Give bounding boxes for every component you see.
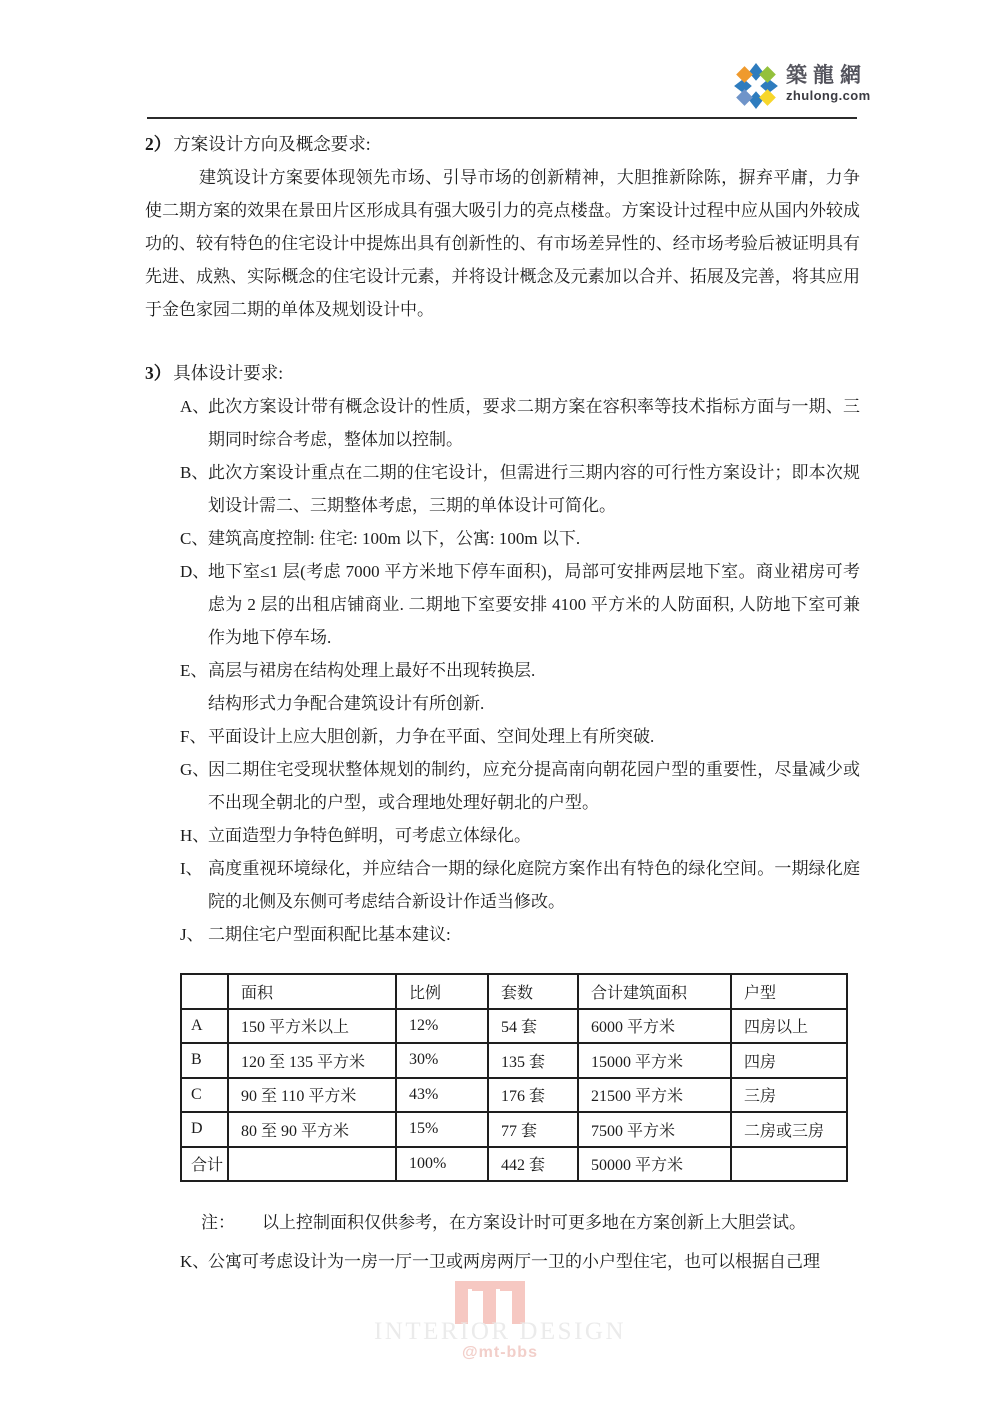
cell: 30% bbox=[396, 1043, 488, 1078]
table-note: 注：以上控制面积仅供参考，在方案设计时可更多地在方案创新上大胆尝试。 bbox=[201, 1206, 860, 1239]
item-text: 二期住宅户型面积配比基本建议: bbox=[208, 925, 451, 944]
item-text: 此次方案设计带有概念设计的性质，要求二期方案在容积率等技术指标方面与一期、三期同… bbox=[208, 397, 860, 449]
cell: 二房或三房 bbox=[731, 1112, 847, 1147]
cell: 135 套 bbox=[488, 1043, 578, 1078]
item-text: 高度重视环境绿化，并应结合一期的绿化庭院方案作出有特色的绿化空间。一期绿化庭院的… bbox=[208, 859, 860, 911]
item-text: 立面造型力争特色鲜明，可考虑立体绿化。 bbox=[208, 826, 531, 845]
cell: B bbox=[181, 1043, 228, 1078]
section-2-number: 2） bbox=[145, 134, 171, 154]
header-cell-ratio: 比例 bbox=[396, 974, 488, 1009]
document-body: 2）方案设计方向及概念要求: 建筑设计方案要体现领先市场、引导市场的创新精神，大… bbox=[145, 128, 860, 1278]
requirement-item-h: H、立面造型力争特色鲜明，可考虑立体绿化。 bbox=[180, 819, 860, 852]
cell: A bbox=[181, 1009, 228, 1044]
requirement-item-b: B、此次方案设计重点在二期的住宅设计，但需进行三期内容的可行性方案设计；即本次规… bbox=[180, 456, 860, 522]
cell: 80 至 90 平方米 bbox=[228, 1112, 396, 1147]
item-text: 建筑高度控制: 住宅: 100m 以下，公寓: 100m 以下. bbox=[208, 529, 580, 548]
watermark-subtitle: @mt-bbs bbox=[400, 1344, 600, 1362]
table-row: D 80 至 90 平方米 15% 77 套 7500 平方米 二房或三房 bbox=[181, 1112, 847, 1147]
requirement-item-d: D、地下室≤1 层(考虑 7000 平方米地下停车面积)，局部可安排两层地下室。… bbox=[180, 555, 860, 654]
header-cell-type: 户型 bbox=[731, 974, 847, 1009]
cell: 四房以上 bbox=[731, 1009, 847, 1044]
table-row: B 120 至 135 平方米 30% 135 套 15000 平方米 四房 bbox=[181, 1043, 847, 1078]
item-label: E、 bbox=[180, 654, 207, 687]
item-label: I、 bbox=[180, 852, 203, 885]
cell: 100% bbox=[396, 1147, 488, 1182]
logo-domain: zhulong.com bbox=[786, 88, 871, 103]
cell: 三房 bbox=[731, 1078, 847, 1113]
cell: D bbox=[181, 1112, 228, 1147]
header-cell bbox=[181, 974, 228, 1009]
table-total-row: 合计 100% 442 套 50000 平方米 bbox=[181, 1147, 847, 1182]
header-cell-area: 面积 bbox=[228, 974, 396, 1009]
item-text: 平面设计上应大胆创新，力争在平面、空间处理上有所突破. bbox=[208, 727, 654, 746]
section-3-title: 具体设计要求: bbox=[173, 363, 283, 383]
requirement-item-a: A、此次方案设计带有概念设计的性质，要求二期方案在容积率等技术指标方面与一期、三… bbox=[180, 390, 860, 456]
cell: 50000 平方米 bbox=[578, 1147, 731, 1182]
item-text: 公寓可考虑设计为一房一厅一卫或两房两厅一卫的小户型住宅，也可以根据自己理 bbox=[208, 1252, 820, 1271]
section-2-heading: 2）方案设计方向及概念要求: bbox=[145, 128, 860, 161]
note-label: 注： bbox=[201, 1213, 235, 1232]
cell bbox=[228, 1147, 396, 1182]
header-cell-units: 套数 bbox=[488, 974, 578, 1009]
item-label: J、 bbox=[180, 918, 204, 951]
item-label: K、 bbox=[180, 1245, 209, 1278]
item-label: D、 bbox=[180, 555, 209, 588]
requirement-item-i: I、高度重视环境绿化，并应结合一期的绿化庭院方案作出有特色的绿化空间。一期绿化庭… bbox=[180, 852, 860, 918]
item-text: 因二期住宅受现状整体规划的制约，应充分提高南向朝花园户型的重要性，尽量减少或不出… bbox=[208, 760, 860, 812]
cell: 7500 平方米 bbox=[578, 1112, 731, 1147]
requirement-item-f: F、平面设计上应大胆创新，力争在平面、空间处理上有所突破. bbox=[180, 720, 860, 753]
cell: 12% bbox=[396, 1009, 488, 1044]
requirement-item-g: G、因二期住宅受现状整体规划的制约，应充分提高南向朝花园户型的重要性，尽量减少或… bbox=[180, 753, 860, 819]
cell: 15000 平方米 bbox=[578, 1043, 731, 1078]
cell: 21500 平方米 bbox=[578, 1078, 731, 1113]
cell: 54 套 bbox=[488, 1009, 578, 1044]
item-label: B、 bbox=[180, 456, 208, 489]
requirement-item-k: K、公寓可考虑设计为一房一厅一卫或两房两厅一卫的小户型住宅，也可以根据自己理 bbox=[180, 1245, 860, 1278]
cell: 90 至 110 平方米 bbox=[228, 1078, 396, 1113]
item-label: G、 bbox=[180, 753, 209, 786]
item-label: C、 bbox=[180, 522, 208, 555]
section-3-number: 3） bbox=[145, 363, 171, 383]
section-2-paragraph: 建筑设计方案要体现领先市场、引导市场的创新精神，大胆推新除陈，摒弃平庸，力争使二… bbox=[145, 161, 860, 326]
logo-title: 築龍網 bbox=[786, 62, 871, 88]
table-row: C 90 至 110 平方米 43% 176 套 21500 平方米 三房 bbox=[181, 1078, 847, 1113]
item-text: 高层与裙房在结构处理上最好不出现转换层. 结构形式力争配合建筑设计有所创新. bbox=[208, 661, 535, 713]
requirement-item-c: C、建筑高度控制: 住宅: 100m 以下，公寓: 100m 以下. bbox=[180, 522, 860, 555]
item-label: H、 bbox=[180, 819, 209, 852]
cell: 15% bbox=[396, 1112, 488, 1147]
table-header-row: 面积 比例 套数 合计建筑面积 户型 bbox=[181, 974, 847, 1009]
requirement-item-j: J、二期住宅户型面积配比基本建议: bbox=[180, 918, 860, 951]
cell: 120 至 135 平方米 bbox=[228, 1043, 396, 1078]
cell: 6000 平方米 bbox=[578, 1009, 731, 1044]
cell: 合计 bbox=[181, 1147, 228, 1182]
cell: 77 套 bbox=[488, 1112, 578, 1147]
cell bbox=[731, 1147, 847, 1182]
cell: 442 套 bbox=[488, 1147, 578, 1182]
cell: C bbox=[181, 1078, 228, 1113]
item-text: 此次方案设计重点在二期的住宅设计，但需进行三期内容的可行性方案设计；即本次规划设… bbox=[208, 463, 860, 515]
item-label: A、 bbox=[180, 390, 209, 423]
item-label: F、 bbox=[180, 720, 206, 753]
watermark-title: INTERIOR DESIGN bbox=[345, 1318, 655, 1346]
cell: 43% bbox=[396, 1078, 488, 1113]
note-text: 以上控制面积仅供参考，在方案设计时可更多地在方案创新上大胆尝试。 bbox=[262, 1213, 806, 1232]
requirement-item-e: E、高层与裙房在结构处理上最好不出现转换层. 结构形式力争配合建筑设计有所创新. bbox=[180, 654, 860, 720]
table-row: A 150 平方米以上 12% 54 套 6000 平方米 四房以上 bbox=[181, 1009, 847, 1044]
header-cell-total-area: 合计建筑面积 bbox=[578, 974, 731, 1009]
item-text: 地下室≤1 层(考虑 7000 平方米地下停车面积)，局部可安排两层地下室。商业… bbox=[208, 562, 860, 647]
section-2-title: 方案设计方向及概念要求: bbox=[173, 134, 370, 154]
zhulong-logo: 築龍網 zhulong.com bbox=[733, 62, 871, 110]
section-3-heading: 3）具体设计要求: bbox=[145, 357, 860, 390]
zhulong-pinwheel-icon bbox=[733, 62, 779, 110]
cell: 150 平方米以上 bbox=[228, 1009, 396, 1044]
header-divider bbox=[147, 117, 857, 119]
unit-mix-table: 面积 比例 套数 合计建筑面积 户型 A 150 平方米以上 12% 54 套 … bbox=[180, 973, 848, 1182]
cell: 176 套 bbox=[488, 1078, 578, 1113]
cell: 四房 bbox=[731, 1043, 847, 1078]
requirement-list: A、此次方案设计带有概念设计的性质，要求二期方案在容积率等技术指标方面与一期、三… bbox=[145, 390, 860, 951]
